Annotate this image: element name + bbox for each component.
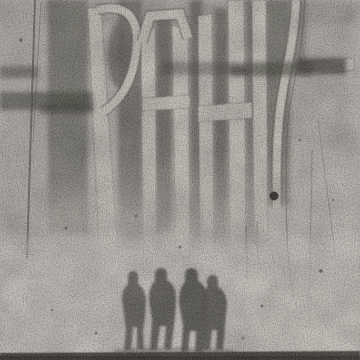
grain-overlay bbox=[0, 0, 360, 360]
artwork-canvas: Grainy pencil-style illustration: four s… bbox=[0, 0, 360, 360]
pencil-illustration bbox=[0, 0, 360, 360]
